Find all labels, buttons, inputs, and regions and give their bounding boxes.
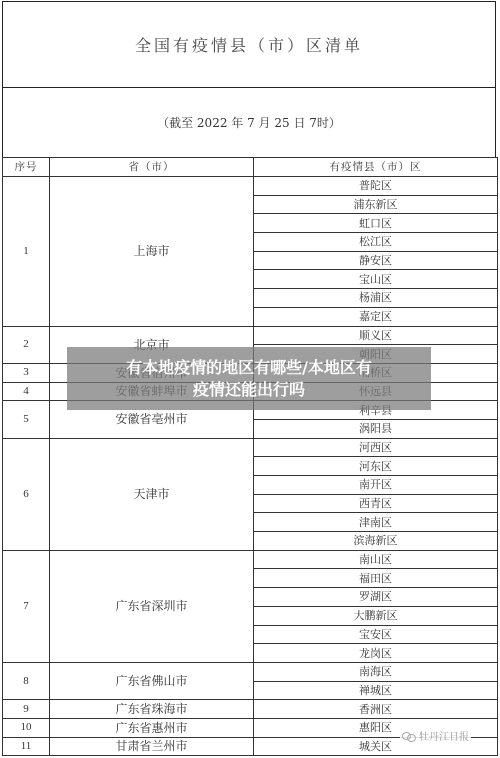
- district-cell: 津南区: [254, 513, 498, 532]
- district-cell: 杨浦区: [254, 289, 498, 308]
- row-number: 9: [3, 700, 50, 719]
- district-cell: 涡阳县: [254, 419, 498, 438]
- district-cell: 滨海新区: [254, 532, 498, 551]
- row-number: 7: [3, 550, 50, 662]
- district-cell: 浦东新区: [254, 195, 498, 214]
- table-row: 2北京市顺义区: [3, 326, 498, 345]
- row-number: 1: [3, 177, 50, 327]
- watermark-text: 牡丹江日报: [419, 728, 469, 743]
- province-cell: 上海市: [50, 177, 254, 327]
- column-header-province: 省（市）: [50, 158, 254, 177]
- table-row: 7广东省深圳市南山区: [3, 550, 498, 569]
- table-row: 6天津市河西区: [3, 438, 498, 457]
- district-cell: 大鹏新区: [254, 606, 498, 625]
- province-cell: 广东省深圳市: [50, 550, 254, 662]
- banner-line-1: 有本地疫情的地区有哪些/本地区有: [126, 357, 372, 379]
- district-cell: 西青区: [254, 494, 498, 513]
- wechat-icon: [402, 731, 416, 741]
- row-number: 2: [3, 326, 50, 363]
- row-number: 5: [3, 401, 50, 438]
- district-cell: 静安区: [254, 251, 498, 270]
- district-cell: 虹口区: [254, 214, 498, 233]
- table-row: 9广东省珠海市香洲区: [3, 700, 498, 719]
- table-body: 1上海市普陀区浦东新区虹口区松江区静安区宝山区杨浦区嘉定区2北京市顺义区朝阳区3…: [3, 177, 498, 756]
- district-cell: 香洲区: [254, 700, 498, 719]
- table-header-row: 序号 省（市） 有疫情县（市）区: [3, 158, 498, 177]
- row-number: 11: [3, 737, 50, 756]
- province-cell: 广东省珠海市: [50, 700, 254, 719]
- district-cell: 南开区: [254, 476, 498, 495]
- document-title: 全国有疫情县（市）区清单: [2, 1, 496, 88]
- province-cell: 甘肃省兰州市: [50, 737, 254, 756]
- province-cell: 天津市: [50, 438, 254, 550]
- article-title-banner: 有本地疫情的地区有哪些/本地区有 疫情还能出行吗: [67, 347, 431, 410]
- epidemic-district-table: 序号 省（市） 有疫情县（市）区 1上海市普陀区浦东新区虹口区松江区静安区宝山区…: [2, 157, 498, 756]
- district-cell: 南山区: [254, 550, 498, 569]
- district-cell: 河西区: [254, 438, 498, 457]
- district-cell: 福田区: [254, 569, 498, 588]
- banner-line-2: 疫情还能出行吗: [193, 379, 305, 401]
- district-cell: 顺义区: [254, 326, 498, 345]
- district-cell: 禅城区: [254, 681, 498, 700]
- district-cell: 罗湖区: [254, 588, 498, 607]
- district-cell: 松江区: [254, 233, 498, 252]
- as-of-date: （截至 2022 年 7 月 25 日 7时）: [2, 88, 496, 157]
- province-cell: 广东省惠州市: [50, 718, 254, 737]
- table-row: 8广东省佛山市南海区: [3, 662, 498, 681]
- district-cell: 普陀区: [254, 177, 498, 196]
- row-number: 6: [3, 438, 50, 550]
- column-header-district: 有疫情县（市）区: [254, 158, 498, 177]
- watermark: 牡丹江日报: [400, 728, 471, 743]
- column-header-number: 序号: [3, 158, 50, 177]
- district-cell: 嘉定区: [254, 307, 498, 326]
- district-cell: 河东区: [254, 457, 498, 476]
- table-row: 1上海市普陀区: [3, 177, 498, 196]
- district-cell: 南海区: [254, 662, 498, 681]
- row-number: 4: [3, 382, 50, 401]
- district-cell: 宝山区: [254, 270, 498, 289]
- district-cell: 龙岗区: [254, 644, 498, 663]
- province-cell: 广东省佛山市: [50, 662, 254, 699]
- district-cell: 宝安区: [254, 625, 498, 644]
- row-number: 8: [3, 662, 50, 699]
- row-number: 3: [3, 363, 50, 382]
- row-number: 10: [3, 718, 50, 737]
